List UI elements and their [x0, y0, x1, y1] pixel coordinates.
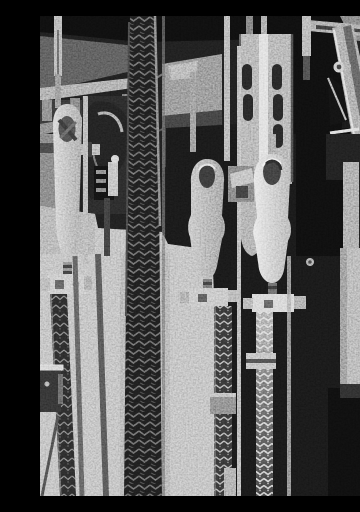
- machinery-photo: Grainy black-and-white photograph of ele…: [40, 16, 360, 496]
- grain-pepper-layer: [40, 16, 360, 496]
